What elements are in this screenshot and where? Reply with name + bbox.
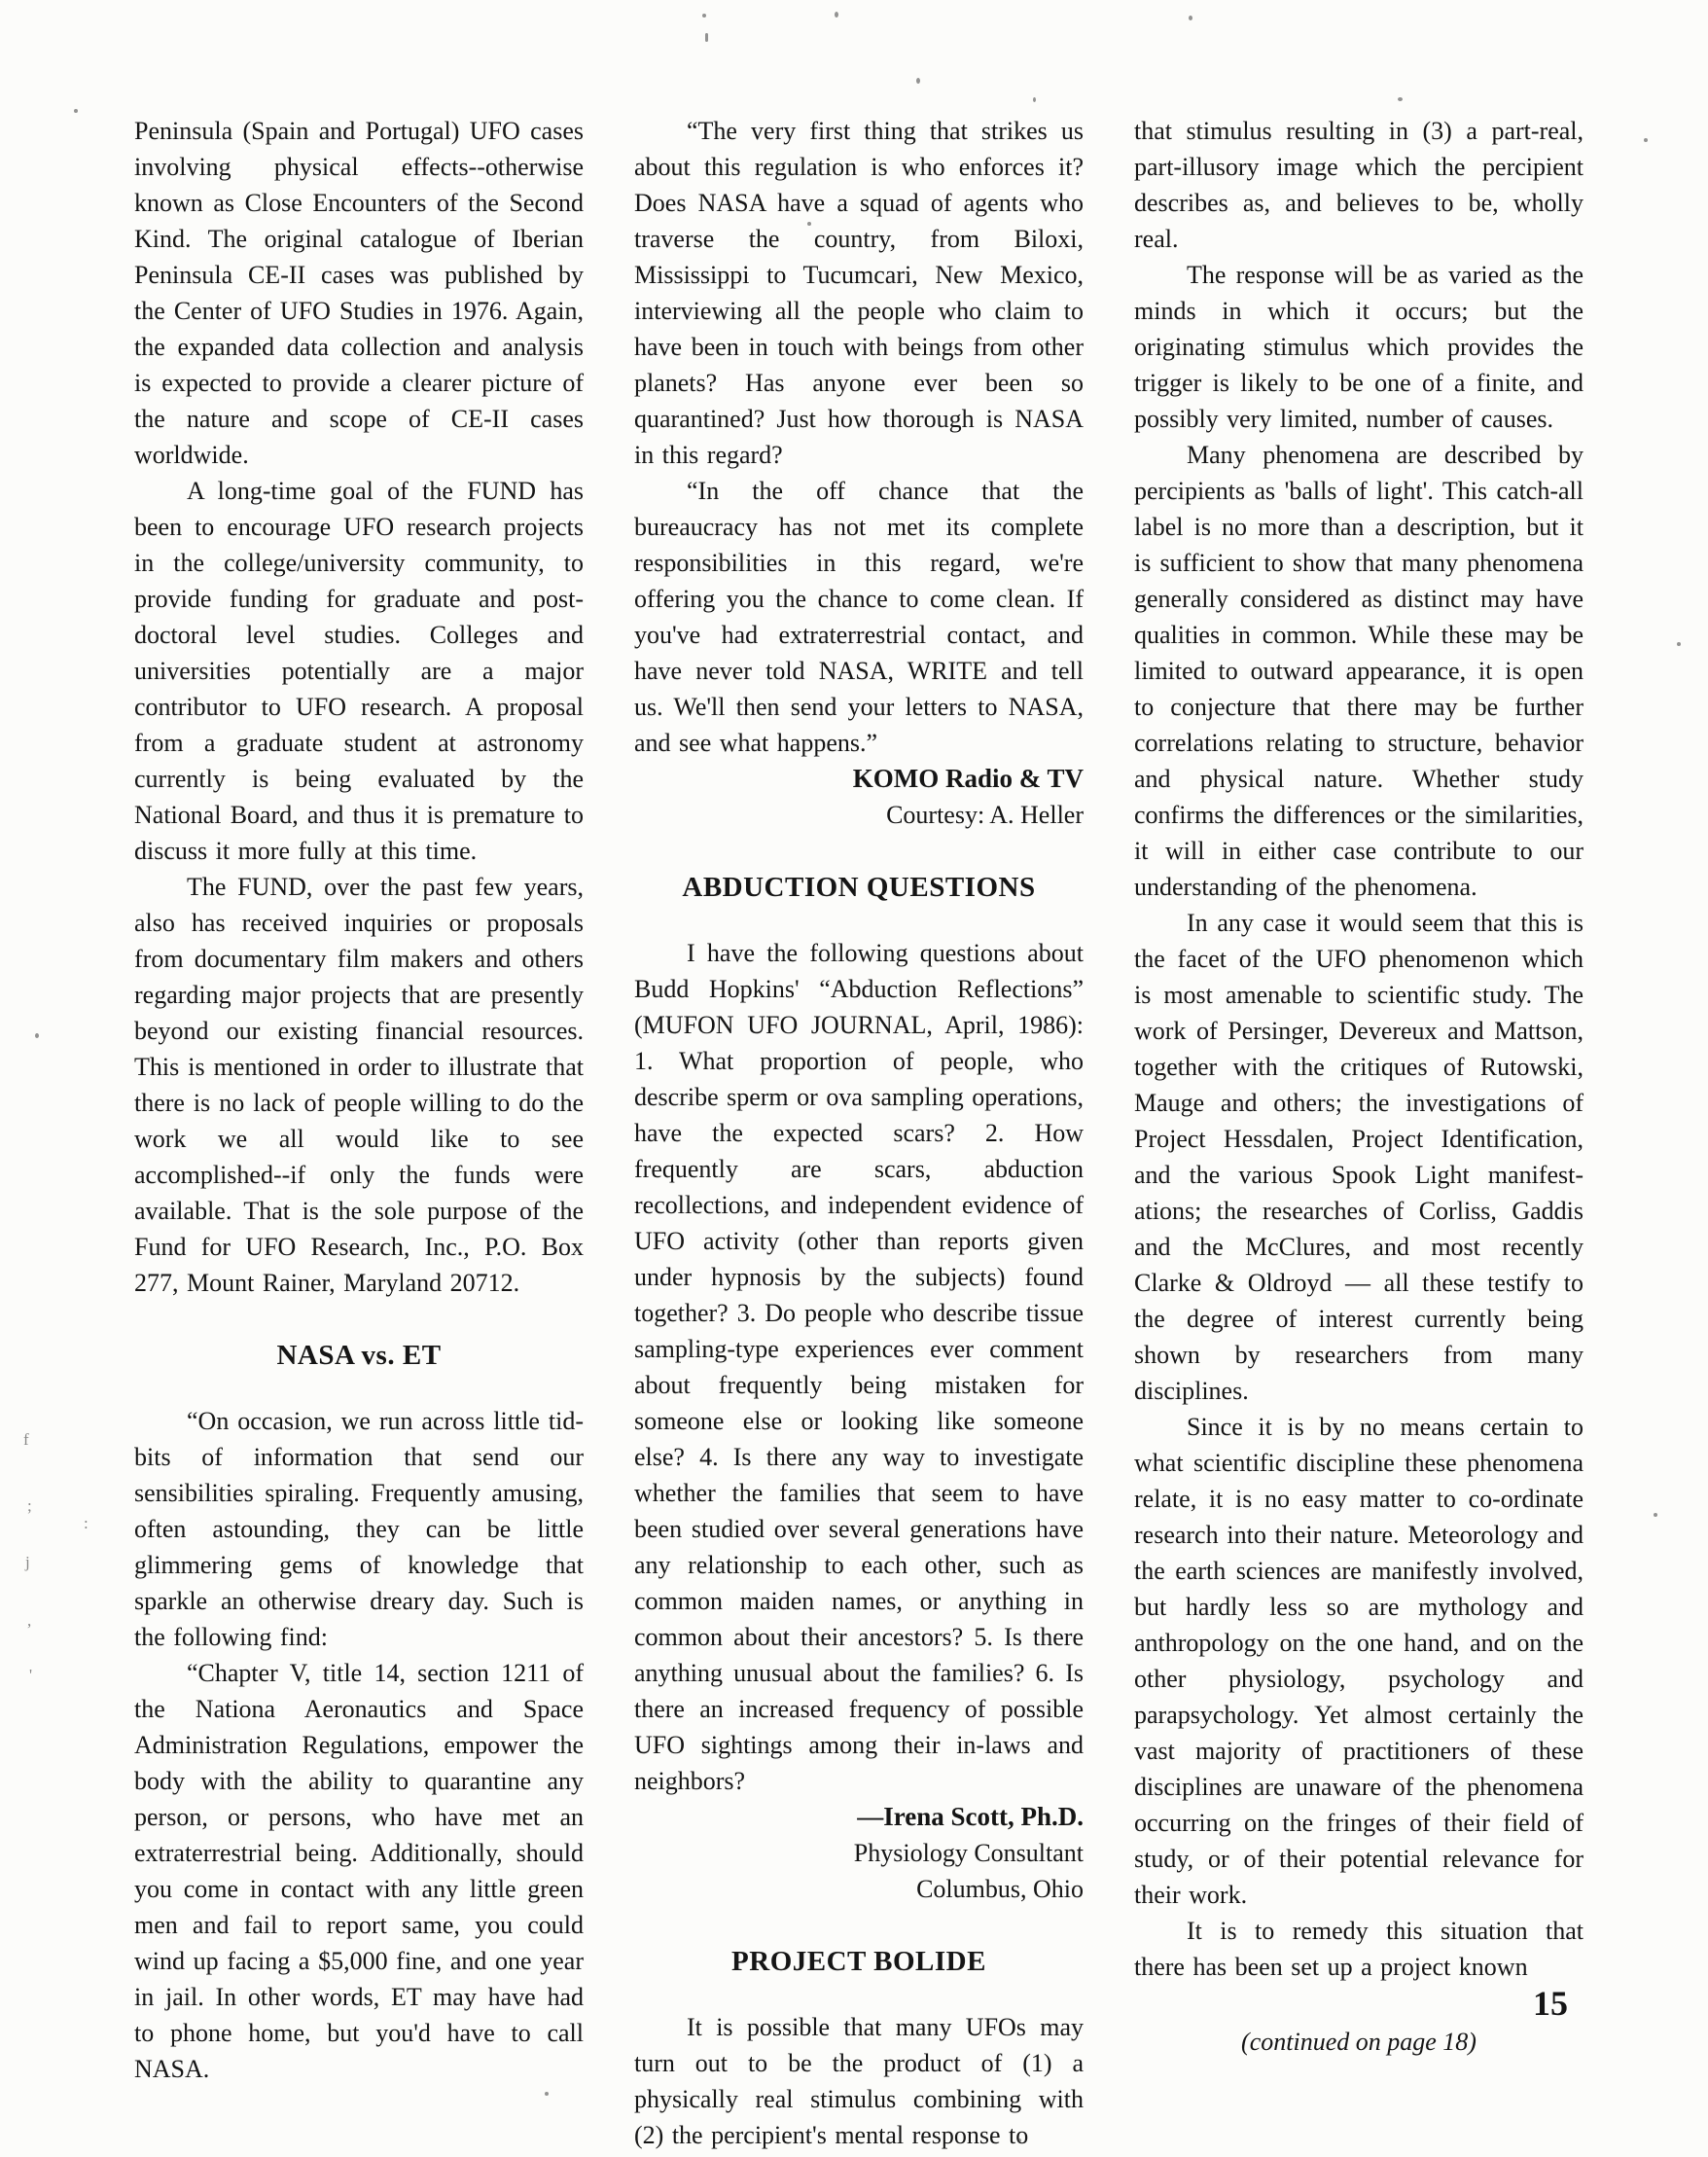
- scan-speck: [1189, 16, 1192, 20]
- scan-speck: [1017, 2139, 1021, 2142]
- continuation-note: (continued on page 18): [1134, 2024, 1583, 2060]
- margin-mark: ': [29, 1666, 32, 1685]
- body-paragraph: I have the following questions about Bud…: [634, 935, 1084, 1799]
- body-paragraph: It is possible that many UFOs may turn o…: [634, 2009, 1084, 2153]
- body-paragraph: It is to remedy this situation that ther…: [1134, 1913, 1583, 1985]
- scan-speck: [545, 2092, 549, 2096]
- scan-speck: [702, 14, 706, 18]
- scan-speck: [1677, 642, 1681, 646]
- section-heading-abduction-questions: ABDUCTION QUESTIONS: [634, 870, 1084, 906]
- body-paragraph: “Chapter V, title 14, section 1211 of th…: [134, 1655, 584, 2087]
- body-paragraph: that stimulus resulting in (3) a part-re…: [1134, 113, 1583, 257]
- body-paragraph: “The very first thing that strikes us ab…: [634, 113, 1084, 473]
- body-paragraph: The response will be as varied as the mi…: [1134, 257, 1583, 437]
- signature-title: Physiology Consultant: [634, 1835, 1084, 1871]
- body-paragraph: “On occasion, we run across little tid-b…: [134, 1403, 584, 1655]
- scan-speck: [1033, 97, 1036, 102]
- column-2: “The very first thing that strikes us ab…: [634, 113, 1084, 2153]
- magazine-page: Peninsula (Spain and Portugal) UFO cases…: [0, 0, 1708, 2157]
- body-paragraph: A long-time goal of the FUND has been to…: [134, 473, 584, 869]
- signature-name: —Irena Scott, Ph.D.: [634, 1799, 1084, 1835]
- body-paragraph: The FUND, over the past few years, also …: [134, 869, 584, 1301]
- scan-speck: [835, 12, 838, 18]
- scan-speck: [35, 1033, 39, 1038]
- column-1: Peninsula (Spain and Portugal) UFO cases…: [134, 113, 584, 2153]
- section-heading-project-bolide: PROJECT BOLIDE: [634, 1944, 1084, 1980]
- body-paragraph: Since it is by no means certain to what …: [1134, 1409, 1583, 1913]
- body-paragraph: In any case it would seem that this is t…: [1134, 905, 1583, 1409]
- margin-mark: j: [25, 1553, 30, 1572]
- scan-speck: [74, 109, 78, 113]
- columns: Peninsula (Spain and Portugal) UFO cases…: [134, 113, 1583, 2153]
- scan-speck: [705, 33, 708, 42]
- body-paragraph: Peninsula (Spain and Portugal) UFO cases…: [134, 113, 584, 473]
- page-number: 15: [1533, 1983, 1568, 2024]
- body-paragraph: “In the off chance that the bureaucracy …: [634, 473, 1084, 761]
- margin-mark: :: [84, 1514, 89, 1533]
- scan-speck: [916, 78, 920, 84]
- byline-courtesy: Courtesy: A. Heller: [634, 797, 1084, 833]
- scan-speck: [1654, 1513, 1657, 1517]
- byline-komo: KOMO Radio & TV: [634, 761, 1084, 797]
- scan-speck: [1644, 138, 1648, 142]
- margin-mark: f: [23, 1430, 29, 1450]
- column-3: that stimulus resulting in (3) a part-re…: [1134, 113, 1583, 2153]
- scan-speck: [807, 222, 811, 226]
- signature-location: Columbus, Ohio: [634, 1871, 1084, 1907]
- margin-mark: ,: [27, 1611, 31, 1631]
- scan-speck: [1398, 97, 1403, 101]
- body-paragraph: Many phenomena are described by percipie…: [1134, 437, 1583, 905]
- margin-mark: ;: [27, 1496, 32, 1516]
- section-heading-nasa-vs-et: NASA vs. ET: [134, 1338, 584, 1374]
